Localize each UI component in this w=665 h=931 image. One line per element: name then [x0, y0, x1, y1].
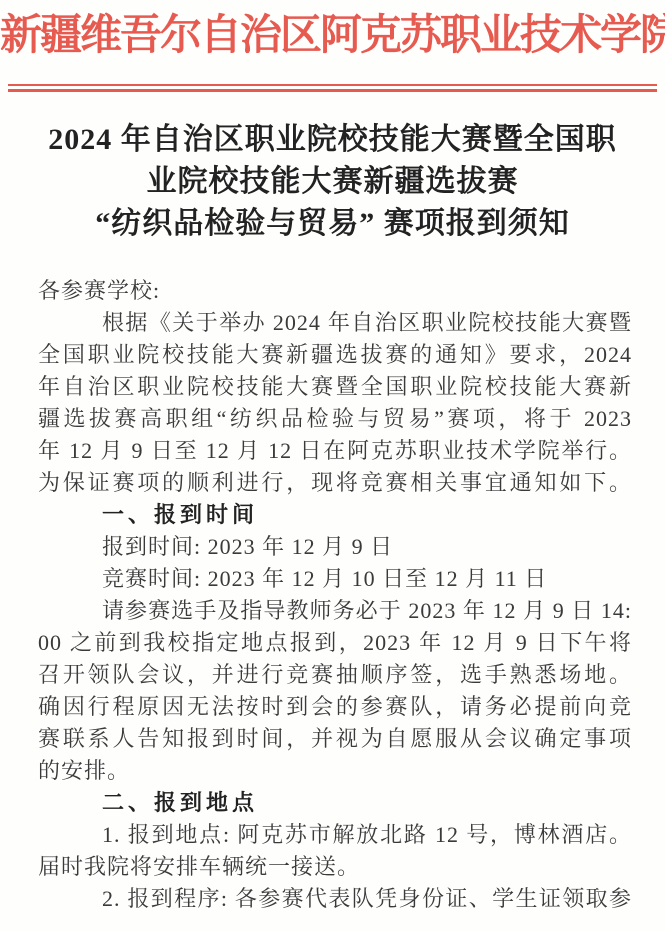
title-line-2: 业院校技能大赛新疆选拔赛 — [0, 161, 665, 203]
body-line: 全国职业院校技能大赛新疆选拔赛的通知》要求，2024 — [38, 339, 632, 371]
body-line: 各参赛学校: — [38, 275, 632, 307]
body-line: 1. 报到地点: 阿克苏市解放北路 12 号，博林酒店。 — [38, 819, 632, 851]
body-line: 根据《关于举办 2024 年自治区职业院校技能大赛暨 — [38, 307, 632, 339]
body-line: 竞赛时间: 2023 年 12 月 10 日至 12 月 11 日 — [38, 563, 632, 595]
title-line-3: “纺织品检验与贸易” 赛项报到须知 — [0, 203, 665, 245]
body-line: 2. 报到程序: 各参赛代表队凭身份证、学生证领取参 — [38, 883, 632, 915]
section-heading: 一、报到时间 — [38, 499, 632, 531]
body-line: 确因行程原因无法按时到会的参赛队，请务必提前向竞 — [38, 691, 632, 723]
body-line: 请参赛选手及指导教师务必于 2023 年 12 月 9 日 14: — [38, 595, 632, 627]
letterhead-divider — [8, 84, 657, 92]
body-line: 召开领队会议，并进行竞赛抽顺序签，选手熟悉场地。 — [38, 659, 632, 691]
body-line: 疆选拔赛高职组“纺织品检验与贸易”赛项，将于 2023 — [38, 403, 632, 435]
body-line: 为保证赛项的顺利进行，现将竞赛相关事宜通知如下。 — [38, 467, 632, 499]
body-line: 年自治区职业院校技能大赛暨全国职业院校技能大赛新 — [38, 371, 632, 403]
divider-line-thick — [8, 89, 657, 92]
document-title: 2024 年自治区职业院校技能大赛暨全国职 业院校技能大赛新疆选拔赛 “纺织品检… — [0, 119, 665, 245]
document-body: 各参赛学校:根据《关于举办 2024 年自治区职业院校技能大赛暨全国职业院校技能… — [38, 275, 632, 915]
body-line: 届时我院将安排车辆统一接送。 — [38, 851, 632, 883]
school-name: 新疆维吾尔自治区阿克苏职业技术学院 — [0, 8, 665, 64]
body-line: 报到时间: 2023 年 12 月 9 日 — [38, 531, 632, 563]
body-line: 赛联系人告知报到时间，并视为自愿服从会议确定事项 — [38, 723, 632, 755]
title-line-1: 2024 年自治区职业院校技能大赛暨全国职 — [0, 119, 665, 161]
body-line: 00 之前到我校指定地点报到，2023 年 12 月 9 日下午将 — [38, 627, 632, 659]
body-line: 的安排。 — [38, 755, 632, 787]
scanned-notice-page: 新疆维吾尔自治区阿克苏职业技术学院 2024 年自治区职业院校技能大赛暨全国职 … — [0, 0, 665, 931]
letterhead: 新疆维吾尔自治区阿克苏职业技术学院 — [0, 8, 665, 92]
section-heading: 二、报到地点 — [38, 787, 632, 819]
body-line: 年 12 月 9 日至 12 月 12 日在阿克苏职业技术学院举行。 — [38, 435, 632, 467]
